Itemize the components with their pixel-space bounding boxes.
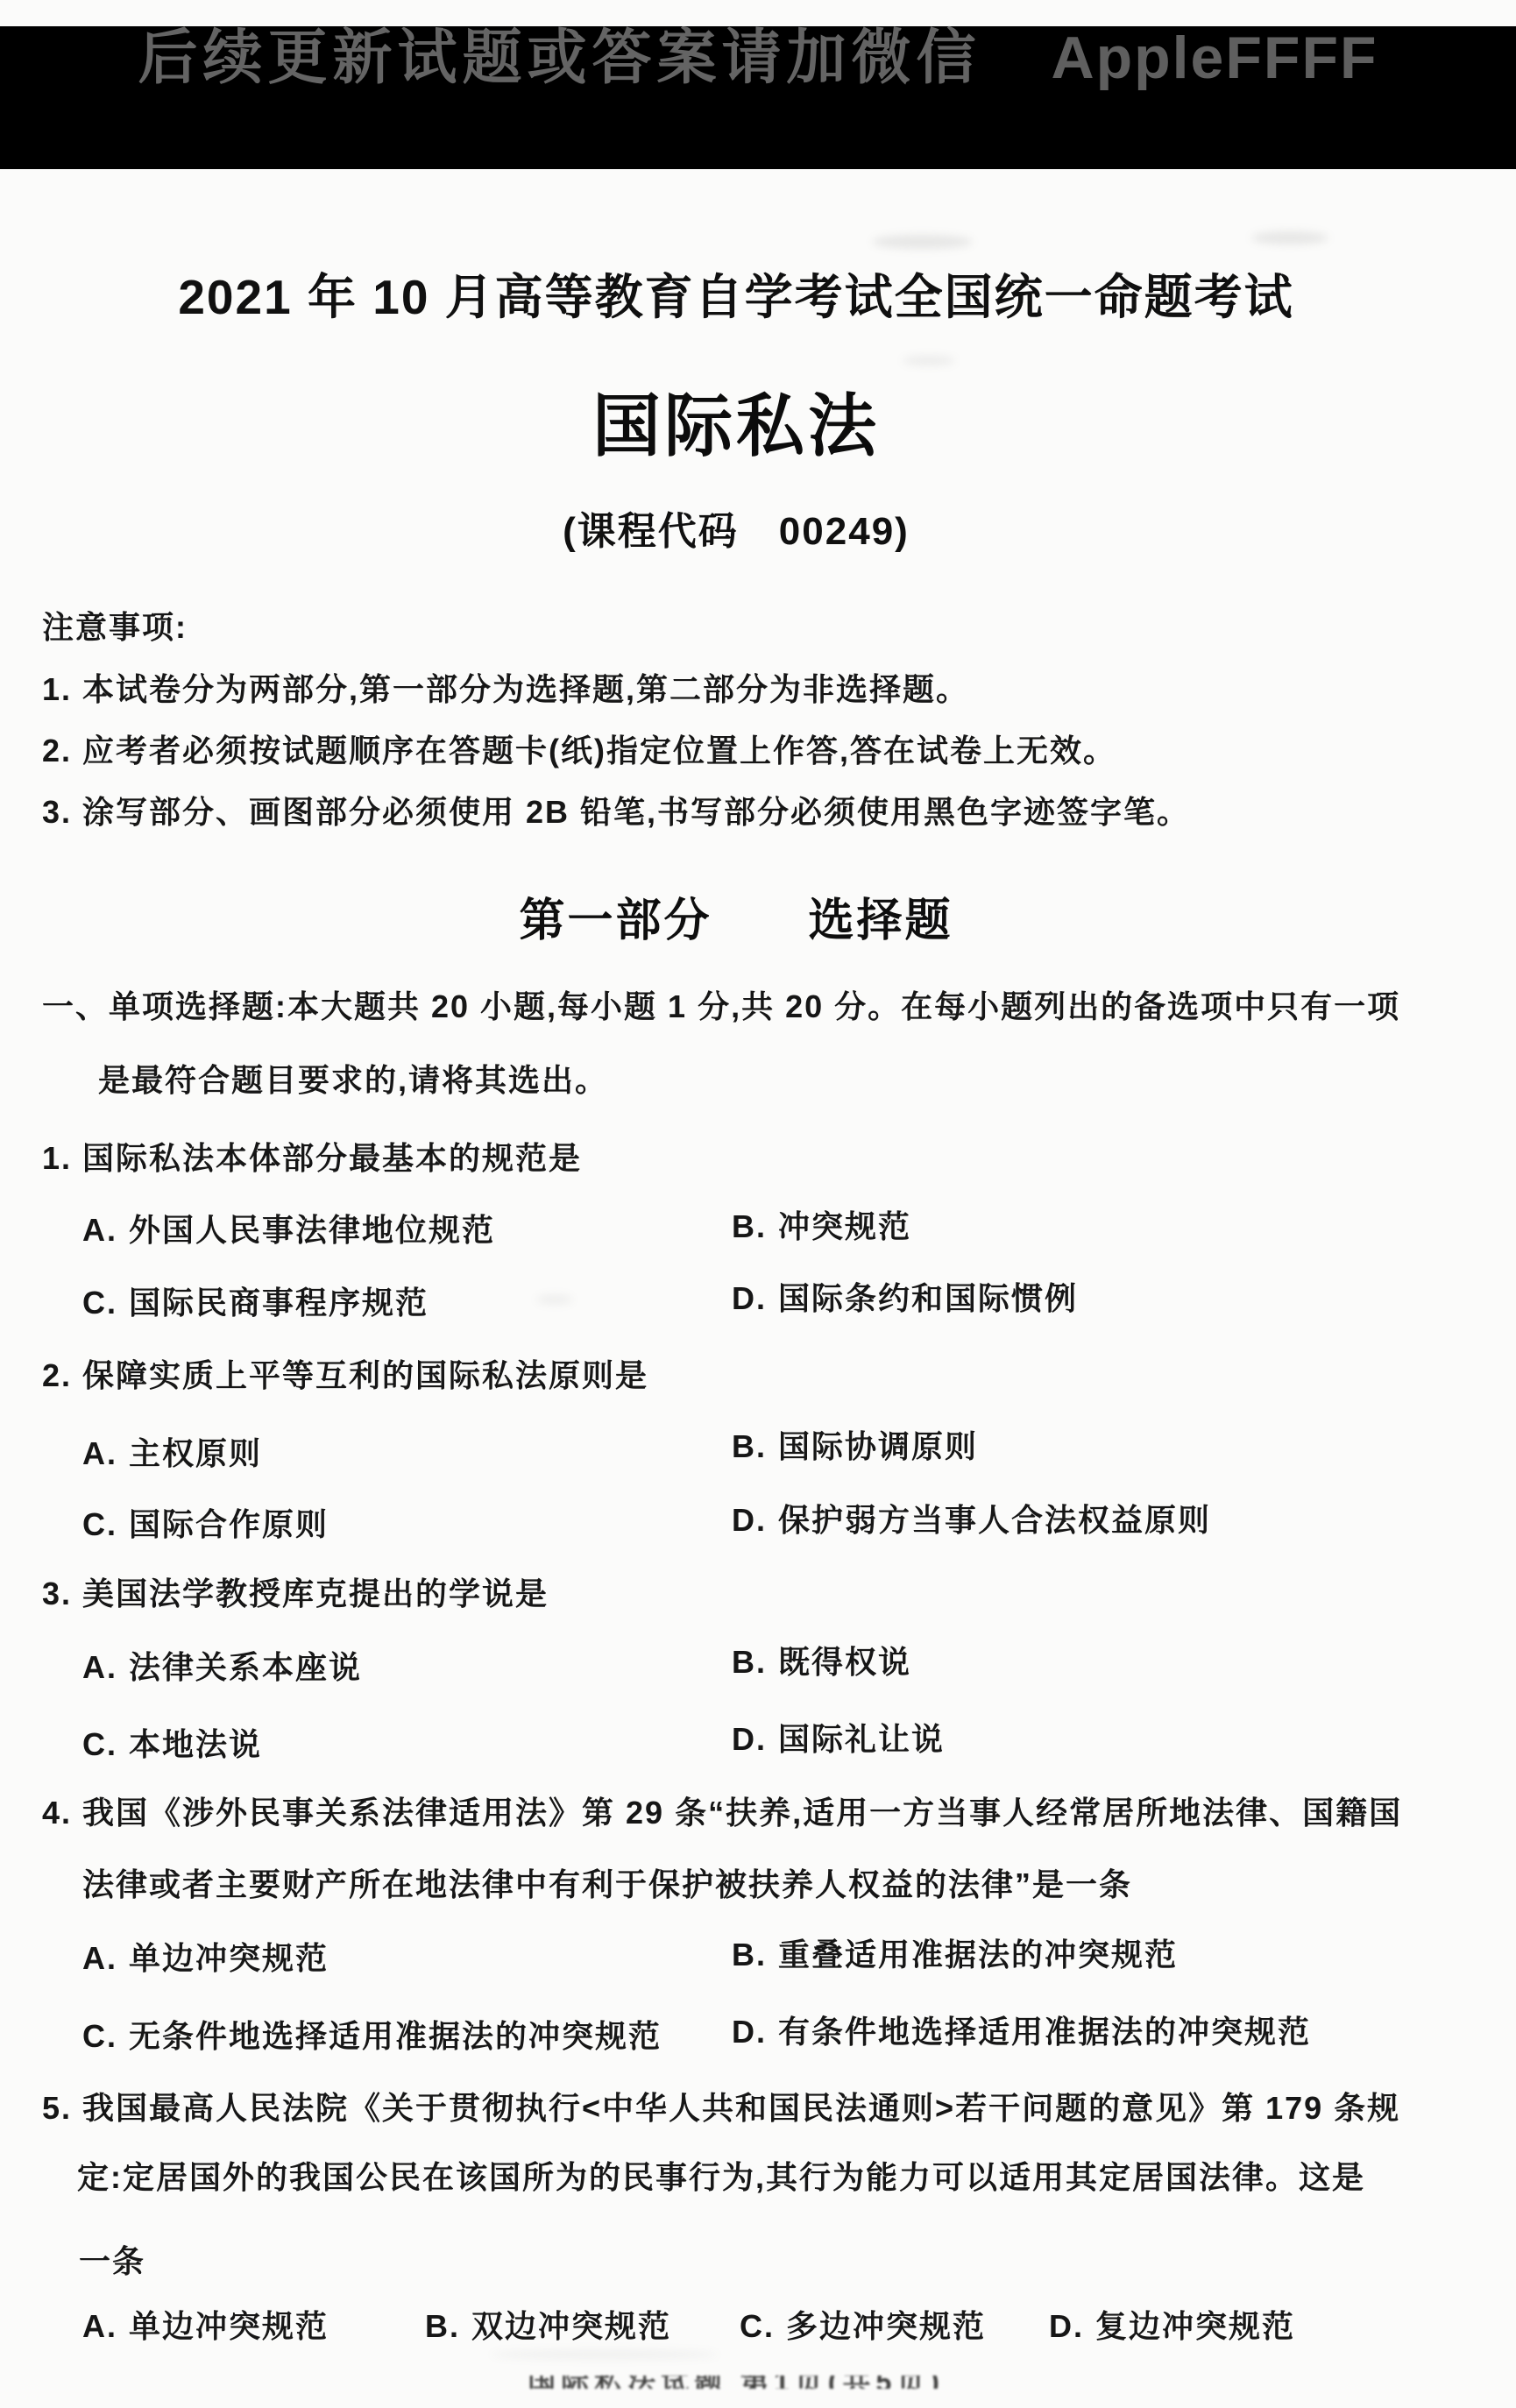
scan-smudge (1251, 231, 1328, 244)
watermark-banner: 后续更新试题或答案请加微信AppleFFFF (0, 26, 1516, 169)
note-item-3: 3. 涂写部分、画图部分必须使用 2B 铅笔,书写部分必须使用黑色字迹签字笔。 (42, 796, 1190, 830)
question-1-stem: 1.国际私法本体部分最基本的规范是 (42, 1142, 582, 1176)
question-5-option-b: B.双边冲突规范 (425, 2310, 671, 2344)
question-4-option-d: D.有条件地选择适用准据法的冲突规范 (732, 2015, 1311, 2050)
note-item-1: 1. 本试卷分为两部分,第一部分为选择题,第二部分为非选择题。 (42, 673, 969, 707)
question-1-option-b: B.冲突规范 (732, 1210, 911, 1244)
question-4-stem: 4.我国《涉外民事关系法律适用法》第 29 条“扶养,适用一方当事人经常居所地法… (42, 1796, 1402, 1831)
course-code: (课程代码 00249) (0, 499, 1472, 556)
question-5-stem-line2: 定:定居国外的我国公民在该国所为的民事行为,其行为能力可以适用其定居国法律。这是 (77, 2161, 1365, 2195)
question-2-number: 2. (42, 1357, 72, 1393)
part1-intro-line2: 是最符合题目要求的,请将其选出。 (98, 1064, 608, 1098)
question-2-stem: 2.保障实质上平等互利的国际私法原则是 (42, 1359, 648, 1393)
question-2-option-b: B.国际协调原则 (732, 1430, 978, 1464)
page-footer-text: 国际私法试题 第1页(共5页) (528, 2376, 945, 2389)
exam-session-title: 2021 年 10 月高等教育自学考试全国统一命题考试 (0, 259, 1472, 328)
question-4-text: 我国《涉外民事关系法律适用法》第 29 条“扶养,适用一方当事人经常居所地法律、… (82, 1795, 1402, 1831)
question-5-option-a: A.单边冲突规范 (82, 2310, 329, 2344)
question-1-number: 1. (42, 1140, 72, 1176)
question-4-stem-line2: 法律或者主要财产所在地法律中有利于保护被扶养人权益的法律”是一条 (82, 1868, 1132, 1902)
banner-text-cn: 后续更新试题或答案请加微信 (138, 28, 981, 88)
question-2-option-a: A.主权原则 (82, 1437, 262, 1471)
part1-intro-line1: 一、单项选择题:本大题共 20 小题,每小题 1 分,共 20 分。在每小题列出… (42, 990, 1400, 1024)
banner-text-latin: AppleFFFF (1051, 28, 1378, 88)
question-2-text: 保障实质上平等互利的国际私法原则是 (82, 1357, 648, 1393)
question-4-option-a: A.单边冲突规范 (82, 1942, 329, 1976)
question-3-number: 3. (42, 1576, 72, 1611)
subject-title: 国际私法 (0, 372, 1472, 470)
question-2-option-d: D.保护弱方当事人合法权益原则 (732, 1504, 1211, 1538)
question-5-text: 我国最高人民法院《关于贯彻执行<中华人共和国民法通则>若干问题的意见》第 179… (82, 2090, 1400, 2126)
note-item-2: 2. 应考者必须按试题顺序在答题卡(纸)指定位置上作答,答在试卷上无效。 (42, 734, 1116, 768)
scan-smudge (491, 2350, 719, 2359)
question-1-option-d: D.国际条约和国际惯例 (732, 1282, 1078, 1316)
exam-paper-page: 后续更新试题或答案请加微信AppleFFFF 2021 年 10 月高等教育自学… (0, 0, 1516, 2408)
question-1-option-c: C.国际民商事程序规范 (82, 1286, 429, 1321)
scan-smudge (536, 1295, 573, 1304)
part1-heading: 第一部分 选择题 (0, 883, 1472, 949)
scan-smudge (872, 235, 973, 249)
question-3-stem: 3.美国法学教授库克提出的学说是 (42, 1577, 549, 1611)
question-4-option-b: B.重叠适用准据法的冲突规范 (732, 1938, 1178, 1972)
notes-heading: 注意事项: (42, 611, 188, 645)
question-3-text: 美国法学教授库克提出的学说是 (82, 1576, 549, 1611)
question-3-option-b: B.既得权说 (732, 1646, 911, 1680)
question-1-text: 国际私法本体部分最基本的规范是 (82, 1140, 582, 1176)
question-5-stem: 5.我国最高人民法院《关于贯彻执行<中华人共和国民法通则>若干问题的意见》第 1… (42, 2092, 1400, 2126)
question-5-stem-line3: 一条 (79, 2245, 145, 2279)
question-3-option-c: C.本地法说 (82, 1728, 262, 1762)
scan-smudge (903, 356, 955, 365)
question-2-option-c: C.国际合作原则 (82, 1508, 329, 1542)
question-4-number: 4. (42, 1795, 72, 1831)
question-5-option-c: C.多边冲突规范 (740, 2310, 986, 2344)
page-footer: 国际私法试题 第1页(共5页) (0, 2376, 1472, 2389)
question-3-option-a: A.法律关系本座说 (82, 1651, 362, 1685)
question-4-option-c: C.无条件地选择适用准据法的冲突规范 (82, 2020, 662, 2054)
question-5-option-d: D.复边冲突规范 (1049, 2310, 1295, 2344)
question-1-option-a: A.外国人民事法律地位规范 (82, 1214, 495, 1248)
question-5-number: 5. (42, 2090, 72, 2126)
question-3-option-d: D.国际礼让说 (732, 1723, 945, 1757)
